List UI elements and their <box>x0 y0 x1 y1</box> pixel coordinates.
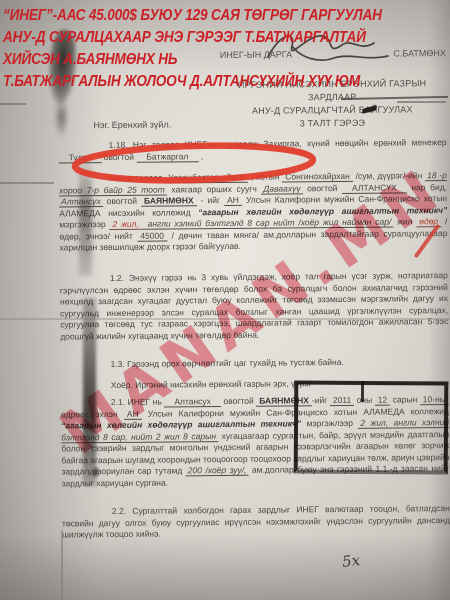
headline-line-2: АНУ-Д СУРАЛЦАХААР ЭНЭ ГЭРЭЭГ Т.БАТЖАРГАЛ… <box>3 27 450 49</box>
scan-ink-blotch-tail <box>54 96 69 138</box>
margin-dash-mark <box>0 103 26 105</box>
headline-line-1: “ИНЕГ”-ААС 45.000$ БУЮУ 129 САЯ ТӨГРӨГ Г… <box>3 5 450 27</box>
contract-photo-screenshot: ИНЕГ-ЫН ДАРГА С.БАТМӨНХ ИРГЭНИЙ НИСЭХИЙН… <box>0 0 450 600</box>
red-circle-annotation <box>68 139 320 187</box>
clause-2-2: 2.2. Сургалттай холбогдон гарах зардлыг … <box>62 503 450 541</box>
news-headline-overlay: “ИНЕГ”-ААС 45.000$ БУЮУ 129 САЯ ТӨГРӨГ Г… <box>3 5 450 93</box>
paper-fold-line <box>61 530 63 600</box>
handwritten-page-mark: 5x <box>341 551 361 571</box>
headline-line-4: Т.БАТЖАРГАЛЫН ЖОЛООЧ Д.АЛТАНСҮХИЙН ХҮҮ Ю… <box>3 71 450 93</box>
black-box-annotation-tick <box>361 381 364 402</box>
scan-ink-dot <box>92 466 100 478</box>
section-1-heading: Нэг. Еренхий зүйл. <box>93 119 171 130</box>
margin-dash-mark-2 <box>0 182 54 184</box>
strike-through-mark-2 <box>397 101 446 103</box>
black-box-annotation <box>294 380 449 474</box>
title-line-3: 3 ТАЛТ ГЭРЭЭ <box>216 116 448 131</box>
headline-line-3: ХИЙСЭН А.БАЯНМӨНХ НЬ <box>3 49 450 71</box>
